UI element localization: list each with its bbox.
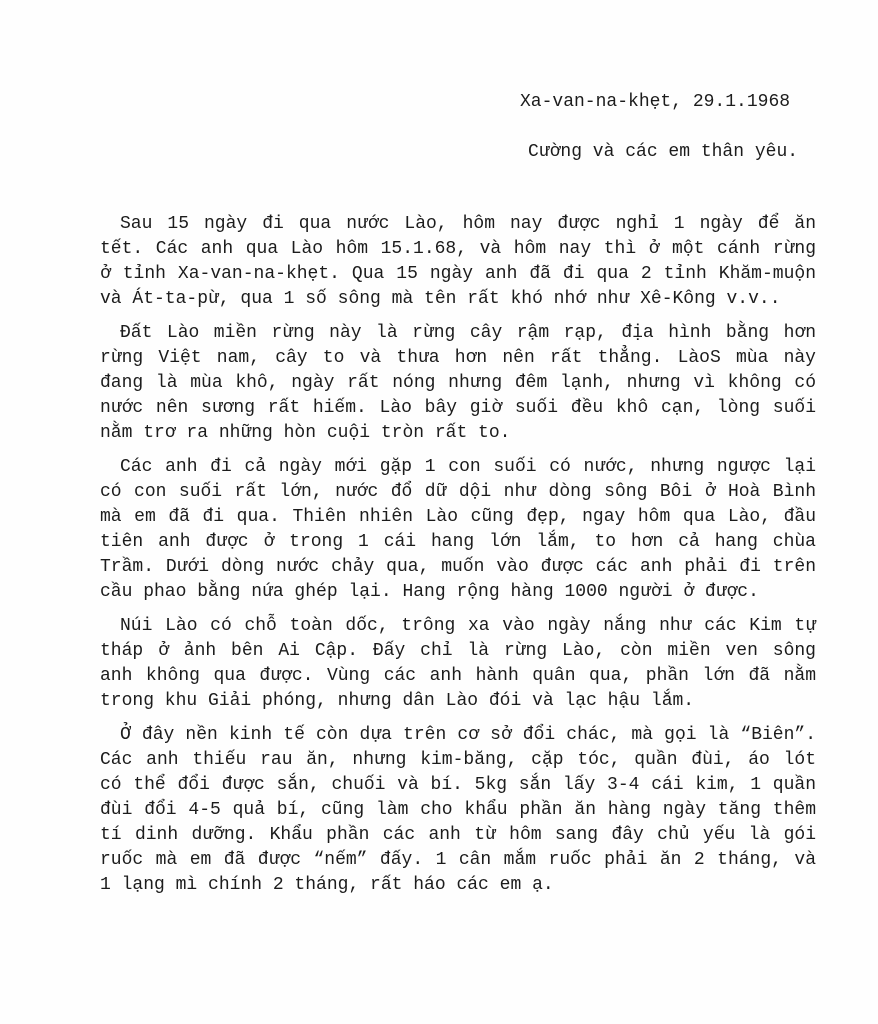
letter-paragraph: Đất Lào miền rừng này là rừng cây rậm rạ… [100,321,816,446]
letter-line: Núi Lào có chỗ toàn dốc, trông xa vào ng… [100,614,816,639]
letter-line: có thể đổi được sắn, chuối và bí. 5kg sắ… [100,773,816,798]
letter-paragraph: Núi Lào có chỗ toàn dốc, trông xa vào ng… [100,614,816,714]
letter-line: ruốc mà em đã được “nếm” đấy. 1 cân mắm … [100,848,816,873]
letter-line: đùi đổi 4-5 quả bí, cũng làm cho khẩu ph… [100,798,816,823]
letter-line: và Át-ta-pừ, qua 1 số sông mà tên rất kh… [100,287,816,312]
letter-line: Sau 15 ngày đi qua nước Lào, hôm nay đượ… [100,212,816,237]
letter-line: tháp ở ảnh bên Ai Cập. Đấy chỉ là rừng L… [100,639,816,664]
letter-line: có con suối rất lớn, nước đổ dữ dội như … [100,480,816,505]
place-date: Xa-van-na-khẹt, 29.1.1968 [100,90,816,115]
letter-paragraph: Sau 15 ngày đi qua nước Lào, hôm nay đượ… [100,212,816,312]
letter-line: Ở đây nền kinh tế còn dựa trên cơ sở đổi… [100,723,816,748]
letter-line: tết. Các anh qua Lào hôm 15.1.68, và hôm… [100,237,816,262]
letter-line: trong khu Giải phóng, nhưng dân Lào đói … [100,689,816,714]
letter-line: cầu phao bằng nứa ghép lại. Hang rộng hà… [100,580,816,605]
letter-line: rừng Việt nam, cây to và thưa hơn nên rấ… [100,346,816,371]
letter-line: Trầm. Dưới dòng nước chảy qua, muốn vào … [100,555,816,580]
letter-paragraph: Ở đây nền kinh tế còn dựa trên cơ sở đổi… [100,723,816,898]
letter-line: nước nên sương rất hiếm. Lào bây giờ suố… [100,396,816,421]
letter-line: tí dinh dưỡng. Khẩu phần các anh từ hôm … [100,823,816,848]
letter-line: Các anh đi cả ngày mới gặp 1 con suối có… [100,455,816,480]
letter-body: Sau 15 ngày đi qua nước Lào, hôm nay đượ… [100,212,816,898]
letter-line: Các anh thiếu rau ăn, nhưng kim-băng, cặ… [100,748,816,773]
letter-line: 1 lạng mì chính 2 tháng, rất háo các em … [100,873,816,898]
letter-line: Đất Lào miền rừng này là rừng cây rậm rạ… [100,321,816,346]
letter-page: Xa-van-na-khẹt, 29.1.1968 Cường và các e… [0,0,878,1024]
letter-line: anh không qua được. Vùng các anh hành qu… [100,664,816,689]
letter-line: ở tỉnh Xa-van-na-khẹt. Qua 15 ngày anh đ… [100,262,816,287]
letter-line: tiên anh được ở trong 1 cái hang lớn lắm… [100,530,816,555]
letter-line: đang là mùa khô, ngày rất nóng nhưng đêm… [100,371,816,396]
letter-paragraph: Các anh đi cả ngày mới gặp 1 con suối có… [100,455,816,605]
salutation: Cường và các em thân yêu. [100,140,816,165]
letter-line: mà em đã đi qua. Thiên nhiên Lào cũng đẹ… [100,505,816,530]
letter-line: nằm trơ ra những hòn cuội tròn rất to. [100,421,816,446]
